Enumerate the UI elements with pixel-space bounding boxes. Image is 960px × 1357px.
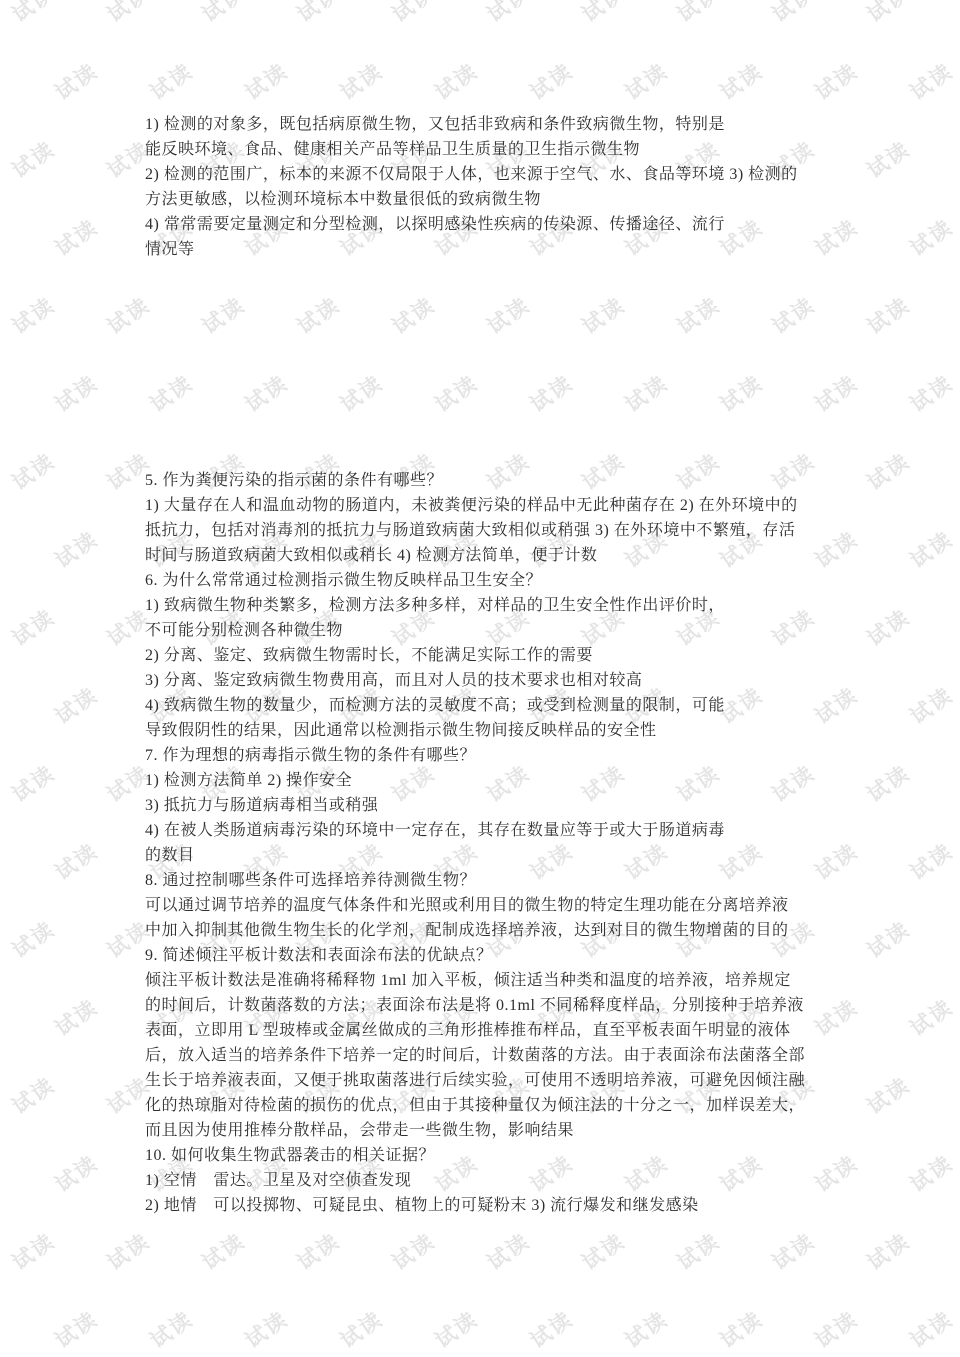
watermark-text: 试读 bbox=[576, 290, 631, 341]
watermark-text: 试读 bbox=[481, 0, 536, 28]
text-line: 表面，立即用 L 型玻棒或金属丝做成的三角形推棒推布样品，直至平板表面午明显的液… bbox=[145, 1018, 829, 1043]
watermark-text: 试读 bbox=[291, 0, 346, 28]
watermark-text: 试读 bbox=[49, 212, 104, 263]
text-line: 10. 如何收集生物武器袭击的相关证据？ bbox=[145, 1143, 829, 1168]
text-line: 7. 作为理想的病毒指示微生物的条件有哪些？ bbox=[145, 743, 829, 768]
watermark-text: 试读 bbox=[49, 1304, 104, 1355]
text-line: 中加入抑制其他微生物生长的化学剂，配制成选择培养液，达到对目的微生物增菌的目的 bbox=[145, 918, 829, 943]
text-line: 2) 地情 可以投掷物、可疑昆虫、植物上的可疑粉末 3) 流行爆发和继发感染 bbox=[145, 1193, 829, 1218]
text-line: 的数目 bbox=[145, 843, 829, 868]
text-line: 5. 作为粪便污染的指示菌的条件有哪些？ bbox=[145, 468, 829, 493]
watermark-text: 试读 bbox=[904, 1304, 959, 1355]
text-line: 3) 分离、鉴定致病微生物费用高，而且对人员的技术要求也相对较高 bbox=[145, 668, 829, 693]
watermark-text: 试读 bbox=[956, 134, 960, 185]
text-line: 后，放入适当的培养条件下培养一定的时间后，计数菌落的方法。由于表面涂布法菌落全部 bbox=[145, 1043, 829, 1068]
text-line: 1) 空情 雷达。卫星及对空侦查发现 bbox=[145, 1168, 829, 1193]
text-line: 1) 致病微生物种类繁多，检测方法多种多样，对样品的卫生安全性作出评价时， bbox=[145, 593, 829, 618]
watermark-text: 试读 bbox=[481, 290, 536, 341]
watermark-text: 试读 bbox=[904, 56, 959, 107]
text-line: 3) 抵抗力与肠道病毒相当或稍强 bbox=[145, 793, 829, 818]
watermark-text: 试读 bbox=[619, 1304, 674, 1355]
watermark-text: 试读 bbox=[49, 56, 104, 107]
watermark-text: 试读 bbox=[481, 1226, 536, 1277]
watermark-text: 试读 bbox=[714, 56, 769, 107]
text-line: 4) 常常需要定量测定和分型检测，以探明感染性疾病的传染源、传播途径、流行 bbox=[145, 212, 829, 237]
watermark-text: 试读 bbox=[49, 1148, 104, 1199]
watermark-text: 试读 bbox=[956, 446, 960, 497]
text-line: 1) 检测的对象多，既包括病原微生物，又包括非致病和条件致病微生物，特别是 bbox=[145, 112, 829, 137]
watermark-text: 试读 bbox=[956, 758, 960, 809]
watermark-text: 试读 bbox=[144, 1304, 199, 1355]
watermark-text: 试读 bbox=[386, 1226, 441, 1277]
watermark-text: 试读 bbox=[144, 56, 199, 107]
watermark-text: 试读 bbox=[6, 758, 61, 809]
watermark-text: 试读 bbox=[334, 56, 389, 107]
watermark-text: 试读 bbox=[861, 914, 916, 965]
text-line: 而且因为使用推棒分散样品，会带走一些微生物，影响结果 bbox=[145, 1118, 829, 1143]
watermark-text: 试读 bbox=[809, 1304, 864, 1355]
watermark-text: 试读 bbox=[576, 1226, 631, 1277]
watermark-text: 试读 bbox=[429, 1304, 484, 1355]
text-line: 4) 在被人类肠道病毒污染的环境中一定存在，其存在数量应等于或大于肠道病毒 bbox=[145, 818, 829, 843]
watermark-text: 试读 bbox=[861, 134, 916, 185]
watermark-text: 试读 bbox=[239, 56, 294, 107]
text-line: 2) 分离、鉴定、致病微生物需时长，不能满足实际工作的需要 bbox=[145, 643, 829, 668]
watermark-text: 试读 bbox=[766, 0, 821, 28]
watermark-text: 试读 bbox=[6, 1070, 61, 1121]
watermark-text: 试读 bbox=[861, 758, 916, 809]
watermark-text: 试读 bbox=[671, 290, 726, 341]
watermark-text: 试读 bbox=[904, 836, 959, 887]
watermark-text: 试读 bbox=[766, 1226, 821, 1277]
text-line: 能反映环境、食品、健康相关产品等样品卫生质量的卫生指示微生物 bbox=[145, 137, 829, 162]
watermark-text: 试读 bbox=[291, 1226, 346, 1277]
watermark-text: 试读 bbox=[861, 0, 916, 28]
watermark-text: 试读 bbox=[101, 0, 156, 28]
watermark-text: 试读 bbox=[6, 602, 61, 653]
text-line: 2) 检测的范围广，标本的来源不仅局限于人体，也来源于空气、水、食品等环境 3)… bbox=[145, 162, 829, 187]
watermark-text: 试读 bbox=[386, 290, 441, 341]
text-line: 的时间后，计数菌落数的方法；表面涂布法是将 0.1ml 不同稀释度样品，分别接种… bbox=[145, 993, 829, 1018]
watermark-text: 试读 bbox=[956, 914, 960, 965]
text-line: 时间与肠道致病菌大致相似或稍长 4) 检测方法简单，便于计数 bbox=[145, 543, 829, 568]
watermark-text: 试读 bbox=[714, 1304, 769, 1355]
watermark-text: 试读 bbox=[429, 368, 484, 419]
watermark-text: 试读 bbox=[671, 1226, 726, 1277]
watermark-text: 试读 bbox=[956, 0, 960, 28]
text-line: 方法更敏感，以检测环境标本中数量很低的致病微生物 bbox=[145, 187, 829, 212]
watermark-text: 试读 bbox=[49, 836, 104, 887]
watermark-text: 试读 bbox=[6, 914, 61, 965]
watermark-text: 试读 bbox=[524, 56, 579, 107]
text-line: 8. 通过控制哪些条件可选择培养待测微生物？ bbox=[145, 868, 829, 893]
text-line: 化的热琼脂对待检菌的损伤的优点，但由于其接种量仅为倾注法的十分之一，加样误差大， bbox=[145, 1093, 829, 1118]
watermark-text: 试读 bbox=[6, 446, 61, 497]
watermark-text: 试读 bbox=[809, 56, 864, 107]
watermark-text: 试读 bbox=[6, 290, 61, 341]
watermark-text: 试读 bbox=[861, 1226, 916, 1277]
watermark-text: 试读 bbox=[49, 680, 104, 731]
text-block-questions-answers: 5. 作为粪便污染的指示菌的条件有哪些？ 1) 大量存在人和温血动物的肠道内，未… bbox=[145, 468, 829, 1218]
watermark-text: 试读 bbox=[576, 0, 631, 28]
watermark-text: 试读 bbox=[196, 1226, 251, 1277]
watermark-text: 试读 bbox=[196, 0, 251, 28]
watermark-text: 试读 bbox=[101, 1226, 156, 1277]
watermark-text: 试读 bbox=[671, 0, 726, 28]
watermark-text: 试读 bbox=[956, 1070, 960, 1121]
watermark-text: 试读 bbox=[101, 290, 156, 341]
watermark-text: 试读 bbox=[861, 446, 916, 497]
watermark-text: 试读 bbox=[6, 0, 61, 28]
watermark-text: 试读 bbox=[904, 1148, 959, 1199]
watermark-text: 试读 bbox=[144, 368, 199, 419]
watermark-text: 试读 bbox=[524, 368, 579, 419]
text-line: 1) 检测方法简单 2) 操作安全 bbox=[145, 768, 829, 793]
watermark-text: 试读 bbox=[956, 602, 960, 653]
watermark-text: 试读 bbox=[239, 368, 294, 419]
document-page: 试读试读试读试读试读试读试读试读试读试读试读试读试读试读试读试读试读试读试读试读… bbox=[0, 0, 960, 1357]
watermark-text: 试读 bbox=[6, 1226, 61, 1277]
watermark-text: 试读 bbox=[714, 368, 769, 419]
text-line: 1) 大量存在人和温血动物的肠道内，未被粪便污染的样品中无此种菌存在 2) 在外… bbox=[145, 493, 829, 518]
watermark-text: 试读 bbox=[904, 992, 959, 1043]
text-line: 可以通过调节培养的温度气体条件和光照或利用目的微生物的特定生理功能在分离培养液 bbox=[145, 893, 829, 918]
watermark-text: 试读 bbox=[196, 290, 251, 341]
watermark-text: 试读 bbox=[861, 602, 916, 653]
watermark-text: 试读 bbox=[49, 524, 104, 575]
watermark-text: 试读 bbox=[49, 992, 104, 1043]
text-line: 生长于培养液表面，又便于挑取菌落进行后续实验，可使用不透明培养液，可避免因倾注融 bbox=[145, 1068, 829, 1093]
watermark-text: 试读 bbox=[386, 0, 441, 28]
watermark-text: 试读 bbox=[956, 1226, 960, 1277]
watermark-text: 试读 bbox=[239, 1304, 294, 1355]
watermark-text: 试读 bbox=[291, 290, 346, 341]
watermark-text: 试读 bbox=[49, 368, 104, 419]
watermark-text: 试读 bbox=[334, 1304, 389, 1355]
watermark-text: 试读 bbox=[904, 680, 959, 731]
watermark-text: 试读 bbox=[619, 368, 674, 419]
watermark-text: 试读 bbox=[861, 1070, 916, 1121]
text-line: 抵抗力，包括对消毒剂的抵抗力与肠道致病菌大致相似或稍强 3) 在外环境中不繁殖，… bbox=[145, 518, 829, 543]
text-line: 不可能分别检测各种微生物 bbox=[145, 618, 829, 643]
text-line: 4) 致病微生物的数量少，而检测方法的灵敏度不高；或受到检测量的限制，可能 bbox=[145, 693, 829, 718]
text-line: 情况等 bbox=[145, 237, 829, 262]
text-line: 9. 简述倾注平板计数法和表面涂布法的优缺点？ bbox=[145, 943, 829, 968]
watermark-text: 试读 bbox=[904, 524, 959, 575]
watermark-text: 试读 bbox=[766, 290, 821, 341]
watermark-text: 试读 bbox=[334, 368, 389, 419]
text-line: 6. 为什么常常通过检测指示微生物反映样品卫生安全？ bbox=[145, 568, 829, 593]
watermark-text: 试读 bbox=[429, 56, 484, 107]
watermark-text: 试读 bbox=[904, 212, 959, 263]
watermark-text: 试读 bbox=[809, 368, 864, 419]
watermark-text: 试读 bbox=[619, 56, 674, 107]
text-line: 倾注平板计数法是准确将稀释物 1ml 加入平板，倾注适当种类和温度的培养液，培养… bbox=[145, 968, 829, 993]
watermark-text: 试读 bbox=[861, 290, 916, 341]
text-line: 导致假阴性的结果，因此通常以检测指示微生物间接反映样品的安全性 bbox=[145, 718, 829, 743]
watermark-text: 试读 bbox=[904, 368, 959, 419]
watermark-text: 试读 bbox=[956, 290, 960, 341]
text-block-answers-top: 1) 检测的对象多，既包括病原微生物，又包括非致病和条件致病微生物，特别是 能反… bbox=[145, 112, 829, 262]
watermark-text: 试读 bbox=[6, 134, 61, 185]
watermark-text: 试读 bbox=[524, 1304, 579, 1355]
